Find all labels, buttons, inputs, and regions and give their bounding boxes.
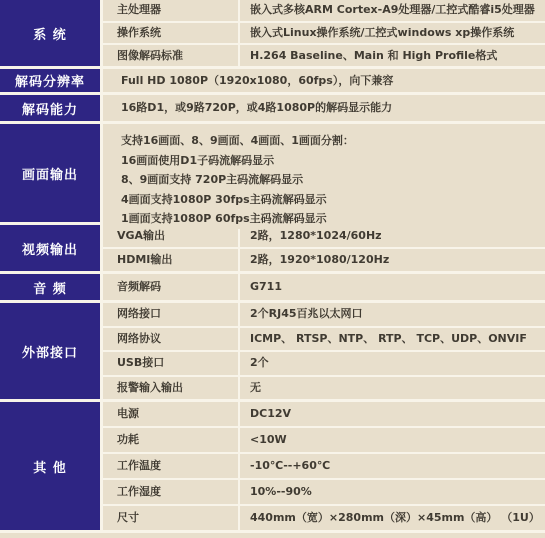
spec-value: 嵌入式多核ARM Cortex-A9处理器/工控式酷睿i5处理器 — [240, 0, 545, 21]
spec-value: 2个RJ45百兆以太网口 — [240, 303, 545, 326]
spec-value: 支持16画面、8、9画面、4画面、1画面分割： 16画面使用D1子码流解码显示 … — [103, 124, 545, 229]
section-other: 其 他 电源 DC12V 功耗 <10W 工作温度 -10℃--+60℃ 工作湿… — [0, 402, 545, 530]
spec-row: 音频解码 G711 — [103, 274, 545, 300]
spec-label: USB接口 — [103, 352, 238, 375]
section-screen-output-label: 画面输出 — [0, 124, 100, 222]
spec-label: 报警输入输出 — [103, 377, 238, 400]
spec-label: 电源 — [103, 402, 238, 426]
spec-row: HDMI输出 2路，1920*1080/120Hz — [103, 249, 545, 271]
spec-value: 10%--90% — [240, 480, 545, 504]
section-screen-output-body: 支持16画面、8、9画面、4画面、1画面分割： 16画面使用D1子码流解码显示 … — [103, 124, 545, 222]
spec-value: 2路，1920*1080/120Hz — [240, 249, 545, 271]
spec-label: 网络协议 — [103, 328, 238, 351]
section-video-output: 视频输出 VGA输出 2路，1280*1024/60Hz HDMI输出 2路，1… — [0, 225, 545, 271]
spec-label: 功耗 — [103, 428, 238, 452]
section-audio-body: 音频解码 G711 — [103, 274, 545, 300]
section-decode-resolution-label: 解码分辨率 — [0, 69, 100, 92]
spec-row: VGA输出 2路，1280*1024/60Hz — [103, 225, 545, 247]
bottom-row-sliver — [0, 533, 545, 538]
section-other-body: 电源 DC12V 功耗 <10W 工作温度 -10℃--+60℃ 工作湿度 10… — [103, 402, 545, 530]
spec-row: 电源 DC12V — [103, 402, 545, 426]
spec-row: 16路D1，或9路720P，或4路1080P的解码显示能力 — [103, 95, 545, 121]
section-system-label: 系 统 — [0, 0, 100, 66]
section-external-interface-body: 网络接口 2个RJ45百兆以太网口 网络协议 ICMP、 RTSP、NTP、 R… — [103, 303, 545, 399]
spec-label: 工作湿度 — [103, 480, 238, 504]
section-decode-resolution: 解码分辨率 Full HD 1080P（1920x1080，60fps），向下兼… — [0, 69, 545, 92]
section-decode-capability-label: 解码能力 — [0, 95, 100, 121]
spec-label: 尺寸 — [103, 506, 238, 530]
section-system: 系 统 主处理器 嵌入式多核ARM Cortex-A9处理器/工控式酷睿i5处理… — [0, 0, 545, 66]
spec-value: 无 — [240, 377, 545, 400]
spec-label: 音频解码 — [103, 274, 238, 300]
spec-row: 网络接口 2个RJ45百兆以太网口 — [103, 303, 545, 326]
spec-row: 操作系统 嵌入式Linux操作系统/工控式windows xp操作系统 — [103, 23, 545, 44]
section-external-interface: 外部接口 网络接口 2个RJ45百兆以太网口 网络协议 ICMP、 RTSP、N… — [0, 303, 545, 399]
section-audio: 音 频 音频解码 G711 — [0, 274, 545, 300]
section-video-output-label: 视频输出 — [0, 225, 100, 271]
spec-label: 主处理器 — [103, 0, 238, 21]
section-video-output-body: VGA输出 2路，1280*1024/60Hz HDMI输出 2路，1920*1… — [103, 225, 545, 271]
spec-row: 工作湿度 10%--90% — [103, 480, 545, 504]
spec-row: 尺寸 440mm（宽）×280mm（深）×45mm（高） （1U） — [103, 506, 545, 530]
section-other-label: 其 他 — [0, 402, 100, 530]
spec-value: Full HD 1080P（1920x1080，60fps），向下兼容 — [103, 69, 545, 92]
section-system-body: 主处理器 嵌入式多核ARM Cortex-A9处理器/工控式酷睿i5处理器 操作… — [103, 0, 545, 66]
spec-row: Full HD 1080P（1920x1080，60fps），向下兼容 — [103, 69, 545, 92]
spec-value: G711 — [240, 274, 545, 300]
spec-row: 功耗 <10W — [103, 428, 545, 452]
spec-label: 图像解码标准 — [103, 45, 238, 66]
spec-row: 报警输入输出 无 — [103, 377, 545, 400]
spec-row: 图像解码标准 H.264 Baseline、Main 和 High Profil… — [103, 45, 545, 66]
spec-table: 系 统 主处理器 嵌入式多核ARM Cortex-A9处理器/工控式酷睿i5处理… — [0, 0, 545, 538]
section-external-interface-label: 外部接口 — [0, 303, 100, 399]
spec-row: 网络协议 ICMP、 RTSP、NTP、 RTP、 TCP、UDP、ONVIF — [103, 328, 545, 351]
section-decode-capability: 解码能力 16路D1，或9路720P，或4路1080P的解码显示能力 — [0, 95, 545, 121]
section-decode-capability-body: 16路D1，或9路720P，或4路1080P的解码显示能力 — [103, 95, 545, 121]
spec-value: 2个 — [240, 352, 545, 375]
spec-value: 16路D1，或9路720P，或4路1080P的解码显示能力 — [103, 95, 545, 121]
section-audio-label: 音 频 — [0, 274, 100, 300]
spec-label: HDMI输出 — [103, 249, 238, 271]
spec-row: 主处理器 嵌入式多核ARM Cortex-A9处理器/工控式酷睿i5处理器 — [103, 0, 545, 21]
spec-label: 操作系统 — [103, 23, 238, 44]
spec-value: H.264 Baseline、Main 和 High Profile格式 — [240, 45, 545, 66]
spec-label: VGA输出 — [103, 225, 238, 247]
spec-value: 440mm（宽）×280mm（深）×45mm（高） （1U） — [240, 506, 545, 530]
section-decode-resolution-body: Full HD 1080P（1920x1080，60fps），向下兼容 — [103, 69, 545, 92]
spec-value: -10℃--+60℃ — [240, 454, 545, 478]
spec-label: 工作温度 — [103, 454, 238, 478]
spec-row: 支持16画面、8、9画面、4画面、1画面分割： 16画面使用D1子码流解码显示 … — [103, 124, 545, 229]
spec-label: 网络接口 — [103, 303, 238, 326]
spec-row: 工作温度 -10℃--+60℃ — [103, 454, 545, 478]
spec-value: DC12V — [240, 402, 545, 426]
spec-row: USB接口 2个 — [103, 352, 545, 375]
spec-value: ICMP、 RTSP、NTP、 RTP、 TCP、UDP、ONVIF — [240, 328, 545, 351]
spec-value: 嵌入式Linux操作系统/工控式windows xp操作系统 — [240, 23, 545, 44]
spec-value: 2路，1280*1024/60Hz — [240, 225, 545, 247]
section-screen-output: 画面输出 支持16画面、8、9画面、4画面、1画面分割： 16画面使用D1子码流… — [0, 124, 545, 222]
spec-value: <10W — [240, 428, 545, 452]
